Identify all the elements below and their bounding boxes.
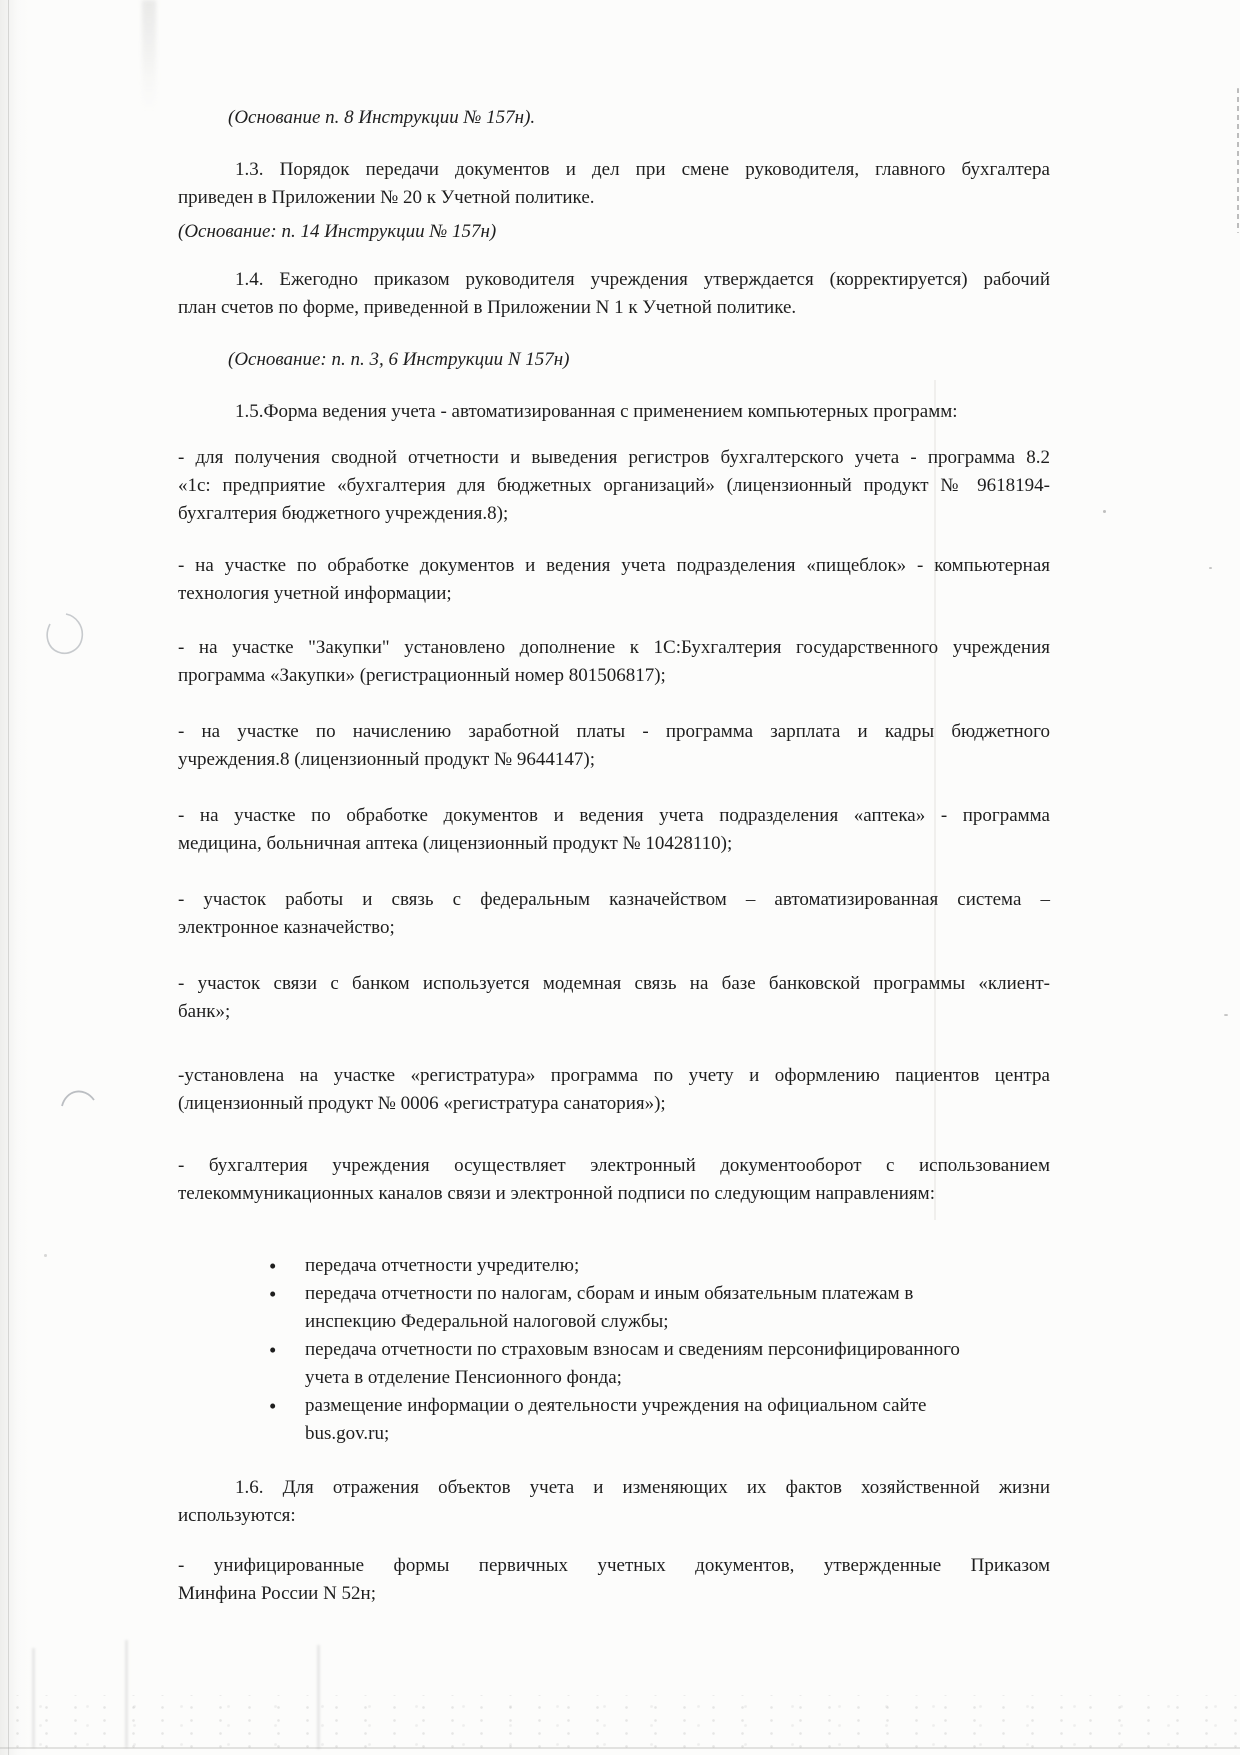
hole-punch-mark-2 [58,1084,100,1113]
dash-item-1: - для получения сводной отчетности и выв… [178,444,1050,528]
scan-left-edge-line [8,0,9,1755]
dash-item-4: - на участке по начислению заработной пл… [178,718,1050,774]
text-line: Минфина России N 52н; [178,1580,1050,1608]
scan-left-edge-shading [0,0,30,1755]
paragraph-1-6: 1.6. Для отражения объектов учета и изме… [178,1474,1050,1530]
dash-item-3: - на участке "Закупки" установлено допол… [178,634,1050,690]
scan-speck [1103,510,1106,513]
dash-item-8: -установлена на участке «регистратура» п… [178,1062,1050,1118]
bullet-list: передача отчетности учредителю; передача… [178,1252,1005,1448]
text-line: 1.4. Ежегодно приказом руководителя учре… [178,266,1050,294]
text-line: 1.3. Порядок передачи документов и дел п… [178,156,1050,184]
scan-top-smudge [142,0,156,112]
text-line: -установлена на участке «регистратура» п… [178,1062,1050,1090]
scanned-document-page: (Основание п. 8 Инструкции № 157н). 1.3.… [0,0,1240,1755]
scan-speck [1224,1014,1228,1016]
text-line: приведен в Приложении № 20 к Учетной пол… [178,184,1050,212]
text-line: банк»; [178,998,1050,1026]
bullet-item: размещение информации о деятельности учр… [305,1392,1005,1448]
scan-bottom-noise [0,1695,1240,1755]
scan-streak [32,1648,35,1748]
bullet-item: передача отчетности по налогам, сборам и… [305,1280,1005,1336]
text-line: - на участке по начислению заработной пл… [178,718,1050,746]
text-line: технология учетной информации; [178,580,1050,608]
basis-note-3: (Основание: п. п. 3, 6 Инструкции N 157н… [178,346,1050,374]
text-line: - бухгалтерия учреждения осуществляет эл… [178,1152,1050,1180]
text-line: - участок работы и связь с федеральным к… [178,886,1050,914]
text-line: электронное казначейство; [178,914,1050,942]
text-line: учреждения.8 (лицензионный продукт № 964… [178,746,1050,774]
scan-speck [1209,567,1212,569]
text-line: 1.5.Форма ведения учета - автоматизирова… [178,398,1050,426]
document-content: (Основание п. 8 Инструкции № 157н). 1.3.… [178,104,1050,1608]
text-line: - участок связи с банком используется мо… [178,970,1050,998]
text-line: программа «Закупки» (регистрационный ном… [178,662,1050,690]
text-line: - для получения сводной отчетности и выв… [178,444,1050,472]
text-line: бухгалтерия бюджетного учреждения.8); [178,500,1050,528]
paragraph-1-3: 1.3. Порядок передачи документов и дел п… [178,156,1050,212]
text-line: 1.6. Для отражения объектов учета и изме… [178,1474,1050,1502]
text-line: - на участке по обработке документов и в… [178,802,1050,830]
text-line: - на участке "Закупки" установлено допол… [178,634,1050,662]
text-line: (лицензионный продукт № 0006 «регистрату… [178,1090,1050,1118]
scan-speck [44,1254,47,1257]
scan-right-edge-mark [1237,88,1239,233]
bullet-item: передача отчетности учредителю; [305,1252,1005,1280]
text-line: «1с: предприятие «бухгалтерия для бюджет… [178,472,1050,500]
dash-item-9: - бухгалтерия учреждения осуществляет эл… [178,1152,1050,1208]
text-line: медицина, больничная аптека (лицензионны… [178,830,1050,858]
text-line: - на участке по обработке документов и в… [178,552,1050,580]
text-line: используются: [178,1502,1050,1530]
basis-note-2: (Основание: п. 14 Инструкции № 157н) [178,218,1050,246]
text-line: телекоммуникационных каналов связи и эле… [178,1180,1050,1208]
dash-item-6: - участок работы и связь с федеральным к… [178,886,1050,942]
scan-streak [125,1640,128,1748]
text-line: план счетов по форме, приведенной в Прил… [178,294,1050,322]
scan-streak [317,1645,320,1749]
dash-item-7: - участок связи с банком используется мо… [178,970,1050,1026]
dash-item-5: - на участке по обработке документов и в… [178,802,1050,858]
hole-punch-mark-1 [42,610,90,665]
text-line: - унифицированные формы первичных учетны… [178,1552,1050,1580]
dash-item-2: - на участке по обработке документов и в… [178,552,1050,608]
bullet-item: передача отчетности по страховым взносам… [305,1336,1005,1392]
paragraph-1-5: 1.5.Форма ведения учета - автоматизирова… [178,398,1050,426]
basis-note-1: (Основание п. 8 Инструкции № 157н). [178,104,1050,132]
paragraph-1-4: 1.4. Ежегодно приказом руководителя учре… [178,266,1050,322]
scan-bottom-edge-line [0,1747,1240,1749]
dash-item-10: - унифицированные формы первичных учетны… [178,1552,1050,1608]
